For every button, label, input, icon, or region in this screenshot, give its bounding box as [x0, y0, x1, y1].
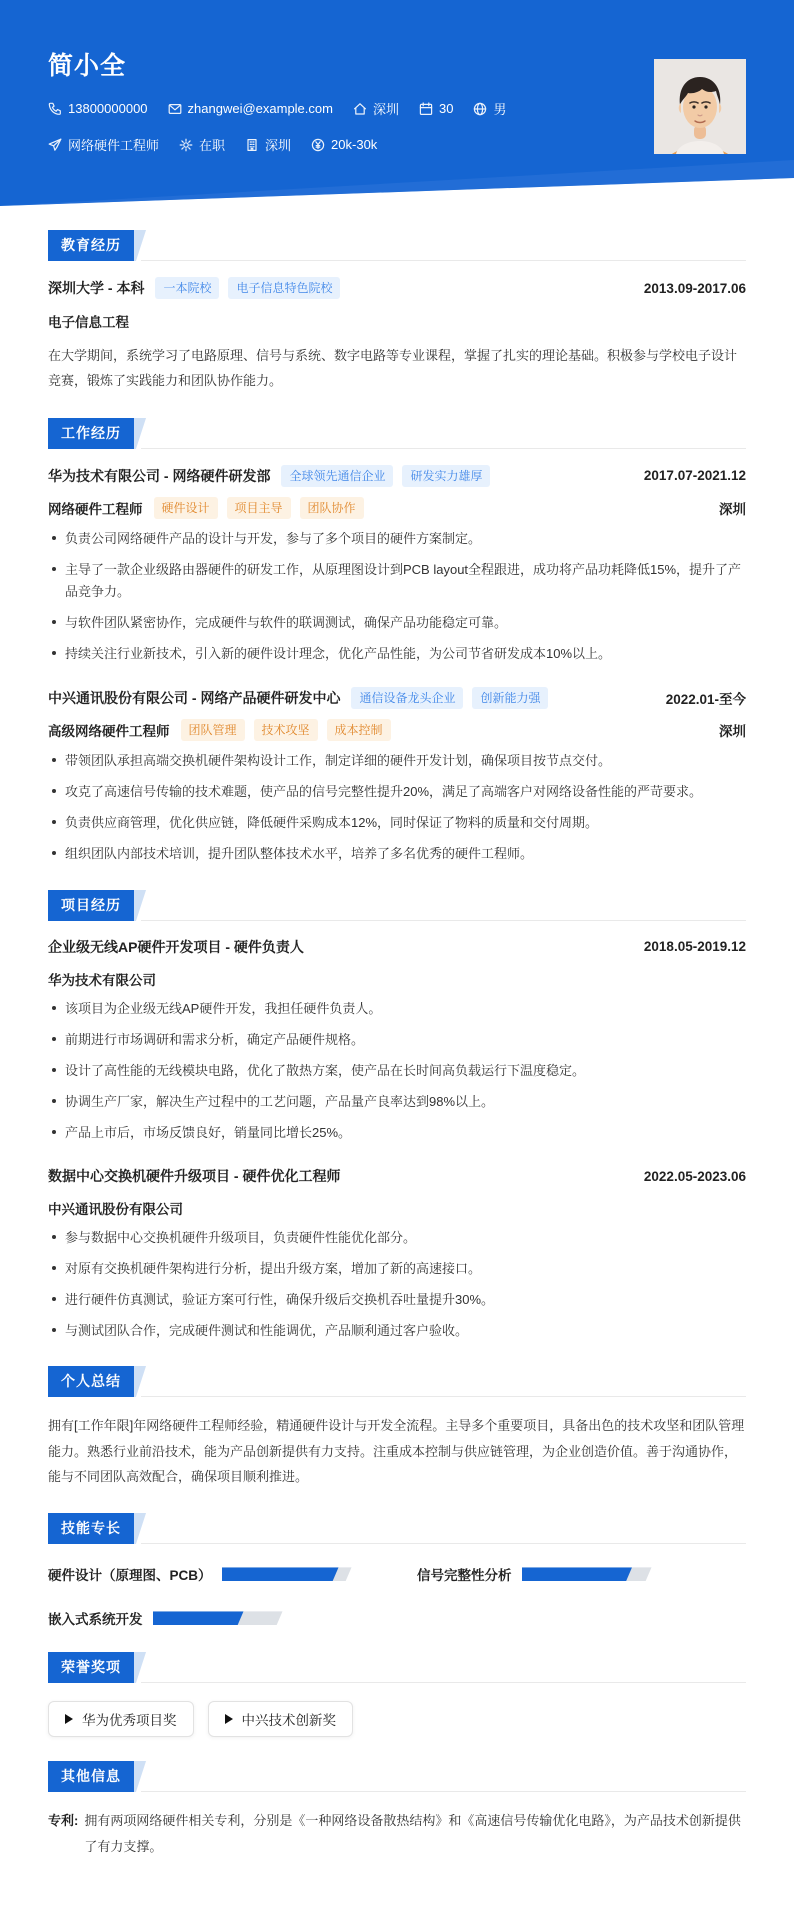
position-tag: 团队协作: [300, 497, 364, 519]
email-value: zhangwei@example.com: [188, 101, 333, 116]
bullet-dot: [52, 1068, 56, 1072]
section-header-awards: 荣誉奖项: [48, 1652, 746, 1683]
position-tag: 团队管理: [181, 719, 245, 741]
award-chips: 华为优秀项目奖 中兴技术创新奖: [48, 1701, 746, 1737]
contact-job-intention: 网络硬件工程师: [48, 135, 159, 154]
work-entry: 中兴通讯股份有限公司 - 网络产品硬件研发中心 通信设备龙头企业 创新能力强 2…: [48, 687, 746, 865]
bullet-text: 设计了高性能的无线模块电路，优化了散热方案，使产品在长时间高负载运行下温度稳定。: [65, 1063, 585, 1078]
bullet-text: 带领团队承担高端交换机硬件架构设计工作，制定详细的硬件开发计划，确保项目按节点交…: [65, 753, 611, 768]
award-chip: 华为优秀项目奖: [48, 1701, 194, 1737]
home-icon: [353, 102, 367, 116]
bullet-item: 与软件团队紧密协作，完成硬件与软件的联调测试，确保产品功能稳定可靠。: [48, 612, 746, 634]
skill-name: 信号完整性分析: [417, 1564, 512, 1584]
position-title: 网络硬件工程师: [48, 498, 143, 518]
education-entry: 深圳大学 - 本科 一本院校 电子信息特色院校 2013.09-2017.06 …: [48, 277, 746, 394]
skills-grid: 硬件设计（原理图、PCB） 信号完整性分析 嵌入式系统开发: [48, 1564, 746, 1628]
bullet-dot: [52, 1006, 56, 1010]
status-value: 在职: [199, 135, 225, 154]
mail-icon: [168, 102, 182, 116]
section-divider: [141, 448, 746, 449]
bullet-text: 与测试团队合作，完成硬件测试和性能调优，产品顺利通过客户验收。: [65, 1323, 468, 1338]
bullet-text: 负责公司网络硬件产品的设计与开发，参与了多个项目的硬件方案制定。: [65, 531, 481, 546]
skill-bar-fill: [522, 1567, 633, 1581]
bullet-item: 产品上市后，市场反馈良好，销量同比增长25%。: [48, 1122, 746, 1144]
section-title-education: 教育经历: [48, 230, 134, 261]
bullet-item: 负责公司网络硬件产品的设计与开发，参与了多个项目的硬件方案制定。: [48, 528, 746, 550]
school-tags: 一本院校 电子信息特色院校: [155, 277, 340, 299]
project-name: 数据中心交换机硬件升级项目 - 硬件优化工程师: [48, 1166, 340, 1186]
bullet-item: 组织团队内部技术培训，提升团队整体技术水平，培养了多名优秀的硬件工程师。: [48, 843, 746, 865]
bullet-item: 协调生产厂家，解决生产过程中的工艺问题，产品量产良率达到98%以上。: [48, 1091, 746, 1113]
bullet-item: 与测试团队合作，完成硬件测试和性能调优，产品顺利通过客户验收。: [48, 1320, 746, 1342]
work-date: 2022.01-至今: [666, 688, 746, 708]
project-company: 华为技术有限公司: [48, 969, 746, 989]
age-icon: [419, 102, 433, 116]
phone-icon: [48, 102, 62, 116]
position-tag: 硬件设计: [154, 497, 218, 519]
project-date: 2018.05-2019.12: [644, 939, 746, 954]
bullet-dot: [52, 1099, 56, 1103]
school-tag: 电子信息特色院校: [228, 277, 340, 299]
company-name: 华为技术有限公司 - 网络硬件研发部: [48, 466, 270, 486]
bullet-dot: [52, 1235, 56, 1239]
skill-name: 嵌入式系统开发: [48, 1608, 143, 1628]
bullet-dot: [52, 651, 56, 655]
contact-phone: 13800000000: [48, 101, 148, 116]
skill-bar-fill: [153, 1611, 244, 1625]
project-entry: 数据中心交换机硬件升级项目 - 硬件优化工程师 2022.05-2023.06 …: [48, 1166, 746, 1342]
skill-bar: [153, 1611, 283, 1625]
bullet-text: 参与数据中心交换机硬件升级项目，负责硬件性能优化部分。: [65, 1230, 416, 1245]
work-position-row: 高级网络硬件工程师 团队管理 技术攻坚 成本控制 深圳: [48, 719, 746, 741]
bullet-item: 负责供应商管理，优化供应链，降低硬件采购成本12%，同时保证了物料的质量和交付周…: [48, 812, 746, 834]
phone-value: 13800000000: [68, 101, 148, 116]
work-entry: 华为技术有限公司 - 网络硬件研发部 全球领先通信企业 研发实力雄厚 2017.…: [48, 465, 746, 665]
section-header-education: 教育经历: [48, 230, 746, 261]
work-date: 2017.07-2021.12: [644, 468, 746, 483]
avatar: [654, 59, 746, 154]
bullet-dot: [52, 758, 56, 762]
skill-bar: [222, 1567, 352, 1581]
bullet-item: 攻克了高速信号传输的技术难题，使产品的信号完整性提升20%，满足了高端客户对网络…: [48, 781, 746, 803]
bullet-dot: [52, 851, 56, 855]
gender-icon: [473, 102, 487, 116]
project-entry: 企业级无线AP硬件开发项目 - 硬件负责人 2018.05-2019.12 华为…: [48, 937, 746, 1144]
project-date: 2022.05-2023.06: [644, 1169, 746, 1184]
skill-item: 嵌入式系统开发: [48, 1608, 377, 1628]
position-tags: 硬件设计 项目主导 团队协作: [154, 497, 364, 519]
contact-age: 30: [419, 101, 453, 116]
play-arrow-icon: [225, 1714, 233, 1724]
school-tag: 一本院校: [155, 277, 219, 299]
section-divider: [141, 1682, 746, 1683]
bullet-dot: [52, 1266, 56, 1270]
contact-gender: 男: [473, 99, 506, 118]
company-tags: 全球领先通信企业 研发实力雄厚: [281, 465, 490, 487]
skill-name: 硬件设计（原理图、PCB）: [48, 1564, 212, 1584]
education-date: 2013.09-2017.06: [644, 281, 746, 296]
award-chip: 中兴技术创新奖: [208, 1701, 354, 1737]
work-location: 深圳: [719, 498, 746, 518]
company-name: 中兴通讯股份有限公司 - 网络产品硬件研发中心: [48, 688, 340, 708]
candidate-name: 简小全: [48, 0, 746, 82]
bullet-dot: [52, 1130, 56, 1134]
company-tags: 通信设备龙头企业 创新能力强: [351, 687, 548, 709]
play-arrow-icon: [65, 1714, 73, 1724]
section-title-work: 工作经历: [48, 418, 134, 449]
bullet-item: 设计了高性能的无线模块电路，优化了散热方案，使产品在长时间高负载运行下温度稳定。: [48, 1060, 746, 1082]
bullet-dot: [52, 789, 56, 793]
bullet-text: 前期进行市场调研和需求分析，确定产品硬件规格。: [65, 1032, 364, 1047]
bullet-text: 协调生产厂家，解决生产过程中的工艺问题，产品量产良率达到98%以上。: [65, 1094, 494, 1109]
position-tag: 技术攻坚: [254, 719, 318, 741]
company-tag: 创新能力强: [472, 687, 548, 709]
award-label: 华为优秀项目奖: [82, 1709, 177, 1729]
skill-item: 硬件设计（原理图、PCB）: [48, 1564, 377, 1584]
section-divider: [141, 1543, 746, 1544]
section-header-skills: 技能专长: [48, 1513, 746, 1544]
contact-status: 在职: [179, 135, 225, 154]
education-title-row: 深圳大学 - 本科 一本院校 电子信息特色院校 2013.09-2017.06: [48, 277, 746, 299]
section-title-summary: 个人总结: [48, 1366, 134, 1397]
bullet-text: 产品上市后，市场反馈良好，销量同比增长25%。: [65, 1125, 351, 1140]
bullet-text: 负责供应商管理，优化供应链，降低硬件采购成本12%，同时保证了物料的质量和交付周…: [65, 815, 598, 830]
section-title-skills: 技能专长: [48, 1513, 134, 1544]
section-header-summary: 个人总结: [48, 1366, 746, 1397]
skill-bar: [522, 1567, 652, 1581]
job-intention-icon: [48, 138, 62, 152]
contact-city: 深圳: [353, 99, 399, 118]
contact-salary: 20k-30k: [311, 137, 377, 152]
work-position-row: 网络硬件工程师 硬件设计 项目主导 团队协作 深圳: [48, 497, 746, 519]
patent-row: 专利: 拥有两项网络硬件相关专利，分别是《一种网络设备散热结构》和《高速信号传输…: [48, 1808, 746, 1859]
section-header-projects: 项目经历: [48, 890, 746, 921]
bullet-item: 该项目为企业级无线AP硬件开发，我担任硬件负责人。: [48, 998, 746, 1020]
project-bullet-list: 参与数据中心交换机硬件升级项目，负责硬件性能优化部分。 对原有交换机硬件架构进行…: [48, 1227, 746, 1342]
bullet-dot: [52, 1328, 56, 1332]
bullet-text: 攻克了高速信号传输的技术难题，使产品的信号完整性提升20%，满足了高端客户对网络…: [65, 784, 702, 799]
bullet-text: 该项目为企业级无线AP硬件开发，我担任硬件负责人。: [65, 1001, 381, 1016]
project-title-row: 企业级无线AP硬件开发项目 - 硬件负责人 2018.05-2019.12: [48, 937, 746, 957]
building-icon: [245, 138, 259, 152]
contact-email: zhangwei@example.com: [168, 101, 333, 116]
work-company-row: 中兴通讯股份有限公司 - 网络产品硬件研发中心 通信设备龙头企业 创新能力强 2…: [48, 687, 746, 709]
company-tag: 全球领先通信企业: [281, 465, 393, 487]
project-bullet-list: 该项目为企业级无线AP硬件开发，我担任硬件负责人。 前期进行市场调研和需求分析，…: [48, 998, 746, 1144]
bullet-text: 对原有交换机硬件架构进行分析，提出升级方案，增加了新的高速接口。: [65, 1261, 481, 1276]
patent-text: 拥有两项网络硬件相关专利，分别是《一种网络设备散热结构》和《高速信号传输优化电路…: [84, 1808, 746, 1859]
position-title: 高级网络硬件工程师: [48, 720, 170, 740]
bullet-dot: [52, 1037, 56, 1041]
section-divider: [141, 920, 746, 921]
section-title-awards: 荣誉奖项: [48, 1652, 134, 1683]
section-divider: [141, 1791, 746, 1792]
work-company-row: 华为技术有限公司 - 网络硬件研发部 全球领先通信企业 研发实力雄厚 2017.…: [48, 465, 746, 487]
contact-row-job: 网络硬件工程师 在职 深圳 20k-30k: [48, 135, 746, 154]
gender-value: 男: [493, 99, 506, 118]
section-divider: [141, 260, 746, 261]
section-header-other: 其他信息: [48, 1761, 746, 1792]
bullet-text: 持续关注行业新技术，引入新的硬件设计理念，优化产品性能，为公司节省研发成本10%…: [65, 646, 611, 661]
section-title-projects: 项目经历: [48, 890, 134, 921]
bullet-text: 进行硬件仿真测试，验证方案可行性，确保升级后交换机吞吐量提升30%。: [65, 1292, 494, 1307]
position-tag: 成本控制: [327, 719, 391, 741]
salary-value: 20k-30k: [331, 137, 377, 152]
work-city-value: 深圳: [265, 135, 291, 154]
age-value: 30: [439, 101, 453, 116]
education-description: 在大学期间，系统学习了电路原理、信号与系统、数字电路等专业课程，掌握了扎实的理论…: [48, 343, 746, 394]
salary-icon: [311, 138, 325, 152]
status-icon: [179, 138, 193, 152]
resume-header: 简小全 13800000000 zhangwei@example.com 深圳 …: [0, 0, 794, 206]
bullet-dot: [52, 1297, 56, 1301]
position-tag: 项目主导: [227, 497, 291, 519]
bullet-item: 前期进行市场调研和需求分析，确定产品硬件规格。: [48, 1029, 746, 1051]
project-name: 企业级无线AP硬件开发项目 - 硬件负责人: [48, 937, 304, 957]
contact-work-city: 深圳: [245, 135, 291, 154]
job-intention-value: 网络硬件工程师: [68, 135, 159, 154]
work-bullet-list: 带领团队承担高端交换机硬件架构设计工作，制定详细的硬件开发计划，确保项目按节点交…: [48, 750, 746, 865]
contact-row-basic: 13800000000 zhangwei@example.com 深圳 30 男: [48, 99, 746, 118]
company-tag: 研发实力雄厚: [402, 465, 490, 487]
bullet-dot: [52, 536, 56, 540]
bullet-item: 主导了一款企业级路由器硬件的研发工作，从原理图设计到PCB layout全程跟进…: [48, 559, 746, 603]
resume-body: 教育经历 深圳大学 - 本科 一本院校 电子信息特色院校 2013.09-201…: [0, 230, 794, 1919]
patent-label: 专利:: [48, 1808, 78, 1859]
position-tags: 团队管理 技术攻坚 成本控制: [181, 719, 391, 741]
bullet-dot: [52, 567, 56, 571]
bullet-text: 组织团队内部技术培训，提升团队整体技术水平，培养了多名优秀的硬件工程师。: [65, 846, 533, 861]
city-value: 深圳: [373, 99, 399, 118]
bullet-item: 对原有交换机硬件架构进行分析，提出升级方案，增加了新的高速接口。: [48, 1258, 746, 1280]
bullet-item: 进行硬件仿真测试，验证方案可行性，确保升级后交换机吞吐量提升30%。: [48, 1289, 746, 1311]
bullet-item: 参与数据中心交换机硬件升级项目，负责硬件性能优化部分。: [48, 1227, 746, 1249]
section-header-work: 工作经历: [48, 418, 746, 449]
work-location: 深圳: [719, 720, 746, 740]
bullet-text: 主导了一款企业级路由器硬件的研发工作，从原理图设计到PCB layout全程跟进…: [65, 562, 741, 599]
school-name: 深圳大学 - 本科: [48, 278, 144, 298]
skill-item: 信号完整性分析: [417, 1564, 746, 1584]
work-bullet-list: 负责公司网络硬件产品的设计与开发，参与了多个项目的硬件方案制定。 主导了一款企业…: [48, 528, 746, 665]
bullet-item: 持续关注行业新技术，引入新的硬件设计理念，优化产品性能，为公司节省研发成本10%…: [48, 643, 746, 665]
bullet-dot: [52, 820, 56, 824]
avatar-illustration: [654, 59, 746, 154]
company-tag: 通信设备龙头企业: [351, 687, 463, 709]
section-title-other: 其他信息: [48, 1761, 134, 1792]
award-label: 中兴技术创新奖: [242, 1709, 337, 1729]
project-company: 中兴通讯股份有限公司: [48, 1198, 746, 1218]
education-major: 电子信息工程: [48, 311, 746, 331]
skill-bar-fill: [222, 1567, 339, 1581]
summary-text: 拥有[工作年限]年网络硬件工程师经验，精通硬件设计与开发全流程。主导多个重要项目…: [48, 1413, 746, 1489]
section-divider: [141, 1396, 746, 1397]
bullet-item: 带领团队承担高端交换机硬件架构设计工作，制定详细的硬件开发计划，确保项目按节点交…: [48, 750, 746, 772]
bullet-dot: [52, 620, 56, 624]
bullet-text: 与软件团队紧密协作，完成硬件与软件的联调测试，确保产品功能稳定可靠。: [65, 615, 507, 630]
project-title-row: 数据中心交换机硬件升级项目 - 硬件优化工程师 2022.05-2023.06: [48, 1166, 746, 1186]
